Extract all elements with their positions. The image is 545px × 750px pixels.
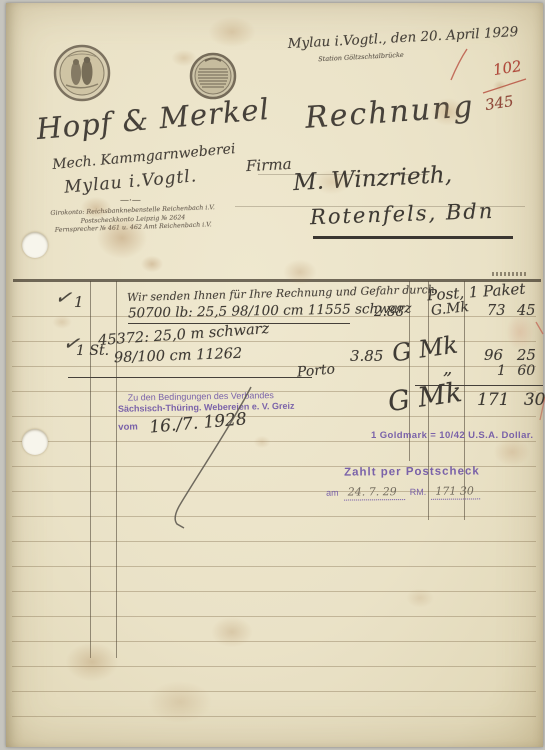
- red-tick-row1: [536, 322, 543, 334]
- large-pencil-checkmark: [175, 387, 251, 528]
- red-tick-total: [540, 397, 545, 420]
- red-slash-mark: [451, 49, 467, 80]
- scanned-invoice: Mylau i.Vogtl., den 20. April 1929 Stati…: [0, 0, 545, 750]
- handwritten-marks-overlay: [0, 0, 545, 750]
- red-fraction-line: [483, 79, 526, 93]
